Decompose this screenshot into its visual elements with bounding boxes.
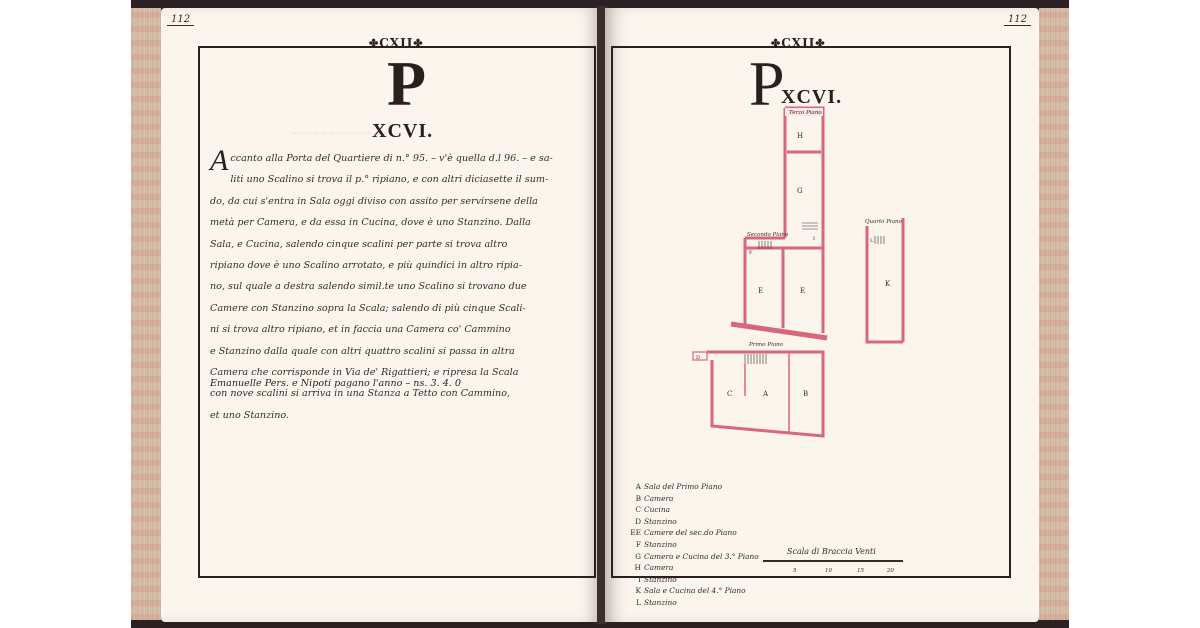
legend-key: B — [627, 494, 641, 503]
legend-key: A — [627, 482, 641, 491]
chapter-number: XCVI. — [372, 120, 433, 143]
first-floor-plan: Primo Piano D C A B — [693, 342, 823, 436]
third-floor-plan: Terzo Piano H G I — [785, 108, 823, 242]
legend-item: DStanzino — [627, 517, 759, 529]
svg-text:B: B — [803, 390, 808, 398]
legend-item: FStanzino — [627, 540, 759, 552]
text-line: ripiano dove è uno Scalino arrotato, e p… — [210, 255, 588, 276]
svg-text:G: G — [797, 187, 803, 195]
legend-text: Camera — [644, 563, 673, 572]
right-page: 112 ✤CXII✤ P XCVI. Terzo Piano H G I — [605, 8, 1039, 622]
text-line: et uno Stanzino. — [210, 405, 588, 426]
svg-text:Quarto Piano: Quarto Piano — [865, 219, 903, 225]
legend-item: HCamera — [627, 563, 759, 575]
right-plan-frame: P XCVI. Terzo Piano H G I Sec — [611, 46, 1011, 578]
svg-text:Primo Piano: Primo Piano — [748, 342, 784, 348]
svg-text:A: A — [762, 390, 769, 398]
svg-text:L: L — [870, 238, 874, 244]
text-line: Sala, e Cucina, salendo cinque scalini p… — [210, 234, 588, 255]
text-line: ni si trova altro ripiano, et in faccia … — [210, 319, 588, 340]
second-floor-plan: Secondo Piano F E E — [731, 232, 827, 338]
left-folio-number: 112 — [167, 14, 194, 26]
legend-text: Sala e Cucina del 4.° Piano — [644, 586, 746, 595]
svg-text:Terzo Piano: Terzo Piano — [789, 110, 822, 116]
left-text-frame: ~~~~~~~~~~~~~ P XCVI. A ccanto alla Port… — [198, 46, 596, 578]
chapter-letter: P — [387, 52, 426, 116]
legend-text: Sala del Primo Piano — [644, 482, 722, 491]
legend-text: Camera — [644, 494, 673, 503]
left-page-edges — [131, 8, 161, 620]
legend-item: LStanzino — [627, 598, 759, 610]
legend-key: G — [627, 552, 641, 561]
legend-text: Stanzino — [644, 575, 677, 584]
right-page-edges — [1039, 8, 1069, 620]
svg-text:E: E — [800, 287, 805, 295]
legend-key: C — [627, 505, 641, 514]
right-folio-number: 112 — [1004, 14, 1031, 26]
legend-key: D — [627, 517, 641, 526]
scale-bar: Scala di Braccia Venti 5 10 15 20 — [763, 547, 903, 576]
legend-key: H — [627, 563, 641, 572]
svg-text:Secondo Piano: Secondo Piano — [747, 232, 789, 238]
legend-key: K — [627, 586, 641, 595]
text-line: metà per Camera, e da essa in Cucina, do… — [210, 212, 588, 233]
svg-text:D: D — [696, 355, 700, 361]
legend-text: Camere del sec.do Piano — [644, 528, 737, 537]
legend-key: EE — [627, 528, 641, 537]
scale-tick: 15 — [857, 568, 864, 574]
text-line: Camere con Stanzino sopra la Scala; sale… — [210, 298, 588, 319]
plan-legend: ASala del Primo Piano BCamera CCucina DS… — [627, 482, 759, 610]
text-line: ccanto alla Porta del Quartiere di n.° 9… — [230, 148, 588, 169]
fourth-floor-plan: Quarto Piano L K — [865, 218, 903, 342]
legend-item: GCamera e Cucina del 3.° Piano — [627, 552, 759, 564]
scale-tick: 20 — [887, 568, 894, 574]
text-line: liti uno Scalino si trova il p.° ripiano… — [230, 169, 588, 190]
text-line: e Stanzino dalla quale con altri quattro… — [210, 341, 588, 362]
legend-item: EECamere del sec.do Piano — [627, 528, 759, 540]
svg-text:I: I — [813, 236, 815, 242]
decorated-initial: A — [210, 148, 228, 174]
svg-text:H: H — [797, 132, 803, 140]
svg-text:K: K — [885, 280, 891, 288]
scale-ticks: 5 10 15 20 — [763, 568, 903, 576]
scale-ruler — [763, 560, 903, 568]
legend-text: Stanzino — [644, 540, 677, 549]
legend-item: KSala e Cucina del 4.° Piano — [627, 586, 759, 598]
left-page: 112 ✤CXII✤ ~~~~~~~~~~~~~ P XCVI. A ccant… — [161, 8, 601, 622]
svg-text:C: C — [727, 390, 732, 398]
legend-key: I — [627, 575, 641, 584]
text-line: do, da cui s'entra in Sala oggi diviso c… — [210, 191, 588, 212]
legend-key: F — [627, 540, 641, 549]
legend-text: Cucina — [644, 505, 670, 514]
legend-key: L — [627, 598, 641, 607]
legend-item: IStanzino — [627, 575, 759, 587]
tenant-signature-line: Emanuelle Pers. e Nipoti pagano l'anno –… — [210, 378, 461, 389]
svg-text:E: E — [758, 287, 763, 295]
legend-text: Stanzino — [644, 598, 677, 607]
scale-tick: 10 — [825, 568, 832, 574]
legend-text: Stanzino — [644, 517, 677, 526]
scale-tick: 5 — [793, 568, 797, 574]
open-manuscript-book: 112 ✤CXII✤ ~~~~~~~~~~~~~ P XCVI. A ccant… — [131, 0, 1069, 628]
legend-item: BCamera — [627, 494, 759, 506]
legend-item: CCucina — [627, 505, 759, 517]
legend-text: Camera e Cucina del 3.° Piano — [644, 552, 759, 561]
scale-title: Scala di Braccia Venti — [763, 547, 903, 556]
svg-text:F: F — [749, 250, 753, 256]
text-line: no, sul quale a destra salendo simil.te … — [210, 276, 588, 297]
legend-item: ASala del Primo Piano — [627, 482, 759, 494]
